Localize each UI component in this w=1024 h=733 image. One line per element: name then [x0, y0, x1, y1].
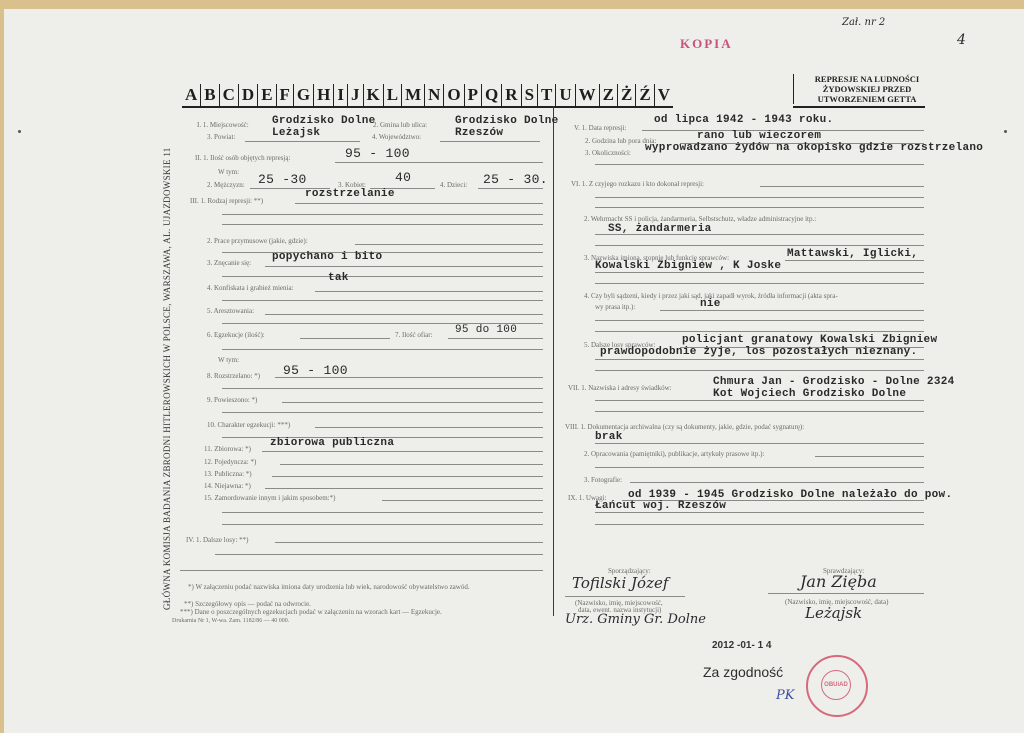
index-letter: E [258, 84, 276, 106]
field-line [595, 512, 924, 513]
field-line [478, 188, 543, 189]
index-letter: H [314, 84, 334, 106]
field-line [595, 320, 924, 321]
ipn-round-stamp: OBUiAD [806, 655, 868, 717]
value-rozstrzelano: 95 - 100 [283, 363, 348, 378]
label-rozstrzelano: 8. Rozstrzelano: *) [207, 372, 260, 380]
field-line [280, 464, 543, 465]
handwritten-place: Leżajsk [805, 604, 862, 622]
field-line [448, 338, 543, 339]
label-sadzeni-2: wy prasa itp.): [595, 303, 635, 311]
label-dalsze-losy: IV. 1. Dalsze losy: **) [186, 536, 248, 544]
label-publiczna: 13. Publiczna: *) [204, 470, 252, 478]
field-line [295, 203, 543, 204]
label-swiadkowie: VII. 1. Nazwiska i adresy świadków: [568, 384, 672, 392]
index-letter: Q [482, 84, 502, 106]
label-powieszono: 9. Powieszono: *) [207, 396, 257, 404]
value-dzieci: 25 - 30. [483, 172, 548, 187]
value-data: od lipca 1942 - 1943 roku. [654, 114, 833, 126]
label-wojewodztwo: 4. Województwo: [372, 133, 421, 141]
handwritten-institution: Urz. Gminy Gr. Dolne [565, 612, 706, 627]
field-line [595, 234, 924, 235]
label-prace: 2. Prace przymusowe (jakie, gdzie): [207, 237, 308, 245]
value-dokumentacja: brak [595, 431, 623, 443]
column-divider [553, 106, 554, 616]
field-line [595, 331, 924, 332]
label-gmina: 2. Gmina lub ulica: [373, 121, 427, 129]
index-letter: D [239, 84, 258, 106]
field-line [262, 451, 543, 452]
label-miejscowosc: I. 1. Miejscowość: [197, 121, 249, 129]
field-line [785, 260, 924, 261]
label-charakter: 10. Charakter egzekucji: ***) [207, 421, 290, 429]
label-rodzaj: III. 1. Rodzaj represji: **) [190, 197, 263, 205]
vertical-caption: GŁÓWNA KOMISJA BADANIA ZBRODNI HITLEROWS… [162, 147, 172, 610]
field-line [630, 482, 924, 483]
field-line [272, 476, 543, 477]
footnote-2: **) Szczegółowy opis — podać na odwrocie… [184, 600, 311, 608]
field-line [222, 214, 543, 215]
field-line [595, 443, 924, 444]
form-title-line: ŻYDOWSKIEJ PRZED [798, 84, 936, 94]
value-powiat: Leżajsk [272, 127, 320, 139]
index-letter: P [465, 84, 482, 106]
field-line [222, 349, 543, 350]
field-line [315, 427, 543, 428]
field-line [222, 388, 543, 389]
value-konfiskata: tak [328, 272, 349, 284]
label-zbiorowa: 11. Zbiorowa: *) [204, 445, 251, 453]
field-line [222, 512, 543, 513]
field-line [265, 488, 543, 489]
za-zgodnosc-stamp: Za zgodność [703, 664, 783, 680]
value-nazwiska-1: Mattawski, Iglicki, [787, 248, 918, 260]
signature-sporzadzajacy: Tofilski Józef [572, 574, 668, 592]
field-line [245, 141, 360, 142]
field-line [222, 276, 543, 277]
label-okolicznosci: 3. Okoliczności: [585, 149, 631, 157]
value-swiadkowie-1: Chmura Jan - Grodzisko - Dolne 2324 [713, 376, 955, 388]
value-mezczyzn: 25 -30 [258, 172, 307, 187]
index-letter: J [348, 84, 364, 106]
field-line [595, 467, 924, 468]
value-nazwiska-2: Kowalski Zbigniew , K Joske [595, 260, 781, 272]
field-line [180, 570, 543, 571]
field-line [282, 402, 543, 403]
index-letter: A [182, 84, 201, 106]
field-line [222, 412, 543, 413]
field-line [222, 252, 543, 253]
footnote-3: ***) Dane o poszczególnych egzekucjach p… [180, 608, 442, 616]
field-line [222, 300, 543, 301]
field-line [595, 197, 924, 198]
form-title: REPRESJE NA LUDNOŚCI ŻYDOWSKIEJ PRZED UT… [793, 74, 936, 104]
index-letter: S [522, 84, 538, 106]
field-line [595, 272, 924, 273]
index-letter: V [655, 84, 673, 106]
index-letter: Ż [618, 84, 636, 106]
label-opracowania: 2. Opracowania (pamiętniki), publikacje,… [584, 450, 764, 458]
label-egzekucje: 6. Egzekucje (ilość): [207, 331, 265, 339]
field-line [595, 245, 924, 246]
index-letter: R [502, 84, 521, 106]
field-line [595, 411, 924, 412]
index-letter: T [538, 84, 556, 106]
index-letter: U [556, 84, 575, 106]
label-w-tym: W tym: [218, 168, 239, 176]
label-ofiar: 7. Ilość ofiar: [395, 331, 433, 339]
field-line [335, 162, 543, 163]
signature-line [565, 596, 685, 597]
field-line [595, 400, 924, 401]
punch-mark [1004, 130, 1007, 133]
label-konfiskata: 4. Konfiskata i grabież mienia: [207, 284, 294, 292]
label-aresztowania: 5. Aresztowania: [207, 307, 254, 315]
alphabet-index: ABCDEFGHIJKLMNOPQRSTUWZŻŹV [182, 84, 673, 108]
index-letter: M [402, 84, 425, 106]
initials: PK [776, 688, 794, 703]
field-line [215, 554, 543, 555]
label-zamordowanie: 15. Zamordowanie innym i jakim sposobem:… [204, 494, 335, 502]
certification-date: 2012 -01- 1 4 [712, 640, 772, 651]
index-letter: F [277, 84, 294, 106]
field-line [815, 456, 924, 457]
field-line [595, 207, 924, 208]
value-okolicznosci: wyprowadzano żydów na okopisko gdzie roz… [645, 142, 983, 154]
attachment-note: Zał. nr 2 [842, 17, 885, 28]
field-line [595, 370, 924, 371]
label-fotografie: 3. Fotografie: [584, 476, 622, 484]
value-ofiar: 95 do 100 [455, 324, 517, 336]
label-formacja: 2. Wehrmacht SS i policja, żandarmeria, … [584, 215, 816, 223]
value-losy-1: policjant granatowy Kowalski Zbigniew [682, 334, 937, 346]
value-rodzaj: rozstrzelanie [305, 188, 395, 200]
value-miejscowosc: Grodzisko Dolne [272, 115, 376, 127]
field-line [222, 224, 543, 225]
value-zbiorowa: zbiorowa publiczna [270, 437, 394, 449]
form-title-line: UTWORZENIEM GETTA [798, 94, 936, 104]
value-ilosc: 95 - 100 [345, 146, 410, 161]
footnote-1: *) W załączeniu podać nazwiska imiona da… [188, 583, 540, 591]
index-letter: Z [600, 84, 618, 106]
label-dzieci: 4. Dzieci: [440, 181, 467, 189]
field-line [382, 500, 543, 501]
label-dokumentacja: VIII. 1. Dokumentacja archiwalna (czy są… [565, 423, 804, 431]
field-line [660, 310, 924, 311]
label-pojedyncza: 12. Pojedyncza: *) [204, 458, 256, 466]
signature-sprawdzajacy: Jan Zięba [800, 572, 877, 591]
field-line [760, 186, 924, 187]
signature-line [768, 593, 924, 594]
page-number: 4 [957, 32, 966, 48]
field-line [265, 314, 543, 315]
label-rozkaz: VI. 1. Z czyjego rozkazu i kto dokonał r… [571, 180, 704, 188]
value-kobiet: 40 [395, 170, 411, 185]
field-line [595, 524, 924, 525]
value-losy-2: prawdopodobnie żyje, los pozostałych nie… [600, 346, 917, 358]
field-line [595, 359, 924, 360]
field-line [222, 524, 543, 525]
label-data: V. 1. Data represji: [574, 124, 627, 132]
label-powiat: 3. Powiat: [207, 133, 235, 141]
index-letter: G [294, 84, 314, 106]
stamp-center: OBUiAD [821, 670, 851, 700]
value-swiadkowie-2: Kot Wojciech Grodzisko Dolne [713, 388, 906, 400]
index-letter: W [576, 84, 600, 106]
field-line [355, 244, 543, 245]
index-letter: Ź [636, 84, 654, 106]
label-w-tym-2: W tym: [218, 356, 239, 364]
field-line [265, 266, 543, 267]
index-letter: B [201, 84, 219, 106]
value-wojewodztwo: Rzeszów [455, 127, 503, 139]
form-title-line: REPRESJE NA LUDNOŚCI [798, 74, 936, 84]
index-letter: N [425, 84, 444, 106]
index-letter: I [334, 84, 348, 106]
index-letter: C [220, 84, 239, 106]
field-line [275, 542, 543, 543]
field-line [315, 291, 543, 292]
field-line [595, 283, 924, 284]
index-letter: K [364, 84, 384, 106]
punch-mark [18, 130, 21, 133]
field-line [440, 141, 540, 142]
kopia-stamp: KOPIA [680, 36, 733, 52]
value-gmina: Grodzisko Dolne [455, 115, 559, 127]
label-znecanie: 3. Znęcanie się: [207, 259, 251, 267]
value-uwagi-2: Łańcut woj. Rzeszów [595, 500, 726, 512]
value-znecanie: popychano i bito [272, 251, 382, 263]
field-line [595, 164, 924, 165]
label-ilosc: II. 1. Ilość osób objętych represją: [195, 154, 290, 162]
index-letter: L [384, 84, 402, 106]
label-mezczyzn: 2. Mężczyzn: [207, 181, 245, 189]
printer-info: Drukarnia Nr 1, W-wa. Zam. 1182/86 — 40 … [172, 618, 289, 624]
field-line [300, 338, 390, 339]
index-letter: O [444, 84, 464, 106]
value-sadzeni: nie [700, 298, 721, 310]
header-underline [793, 106, 925, 108]
label-niejawna: 14. Niejawna: *) [204, 482, 251, 490]
value-godzina: rano lub wieczorem [697, 130, 821, 142]
